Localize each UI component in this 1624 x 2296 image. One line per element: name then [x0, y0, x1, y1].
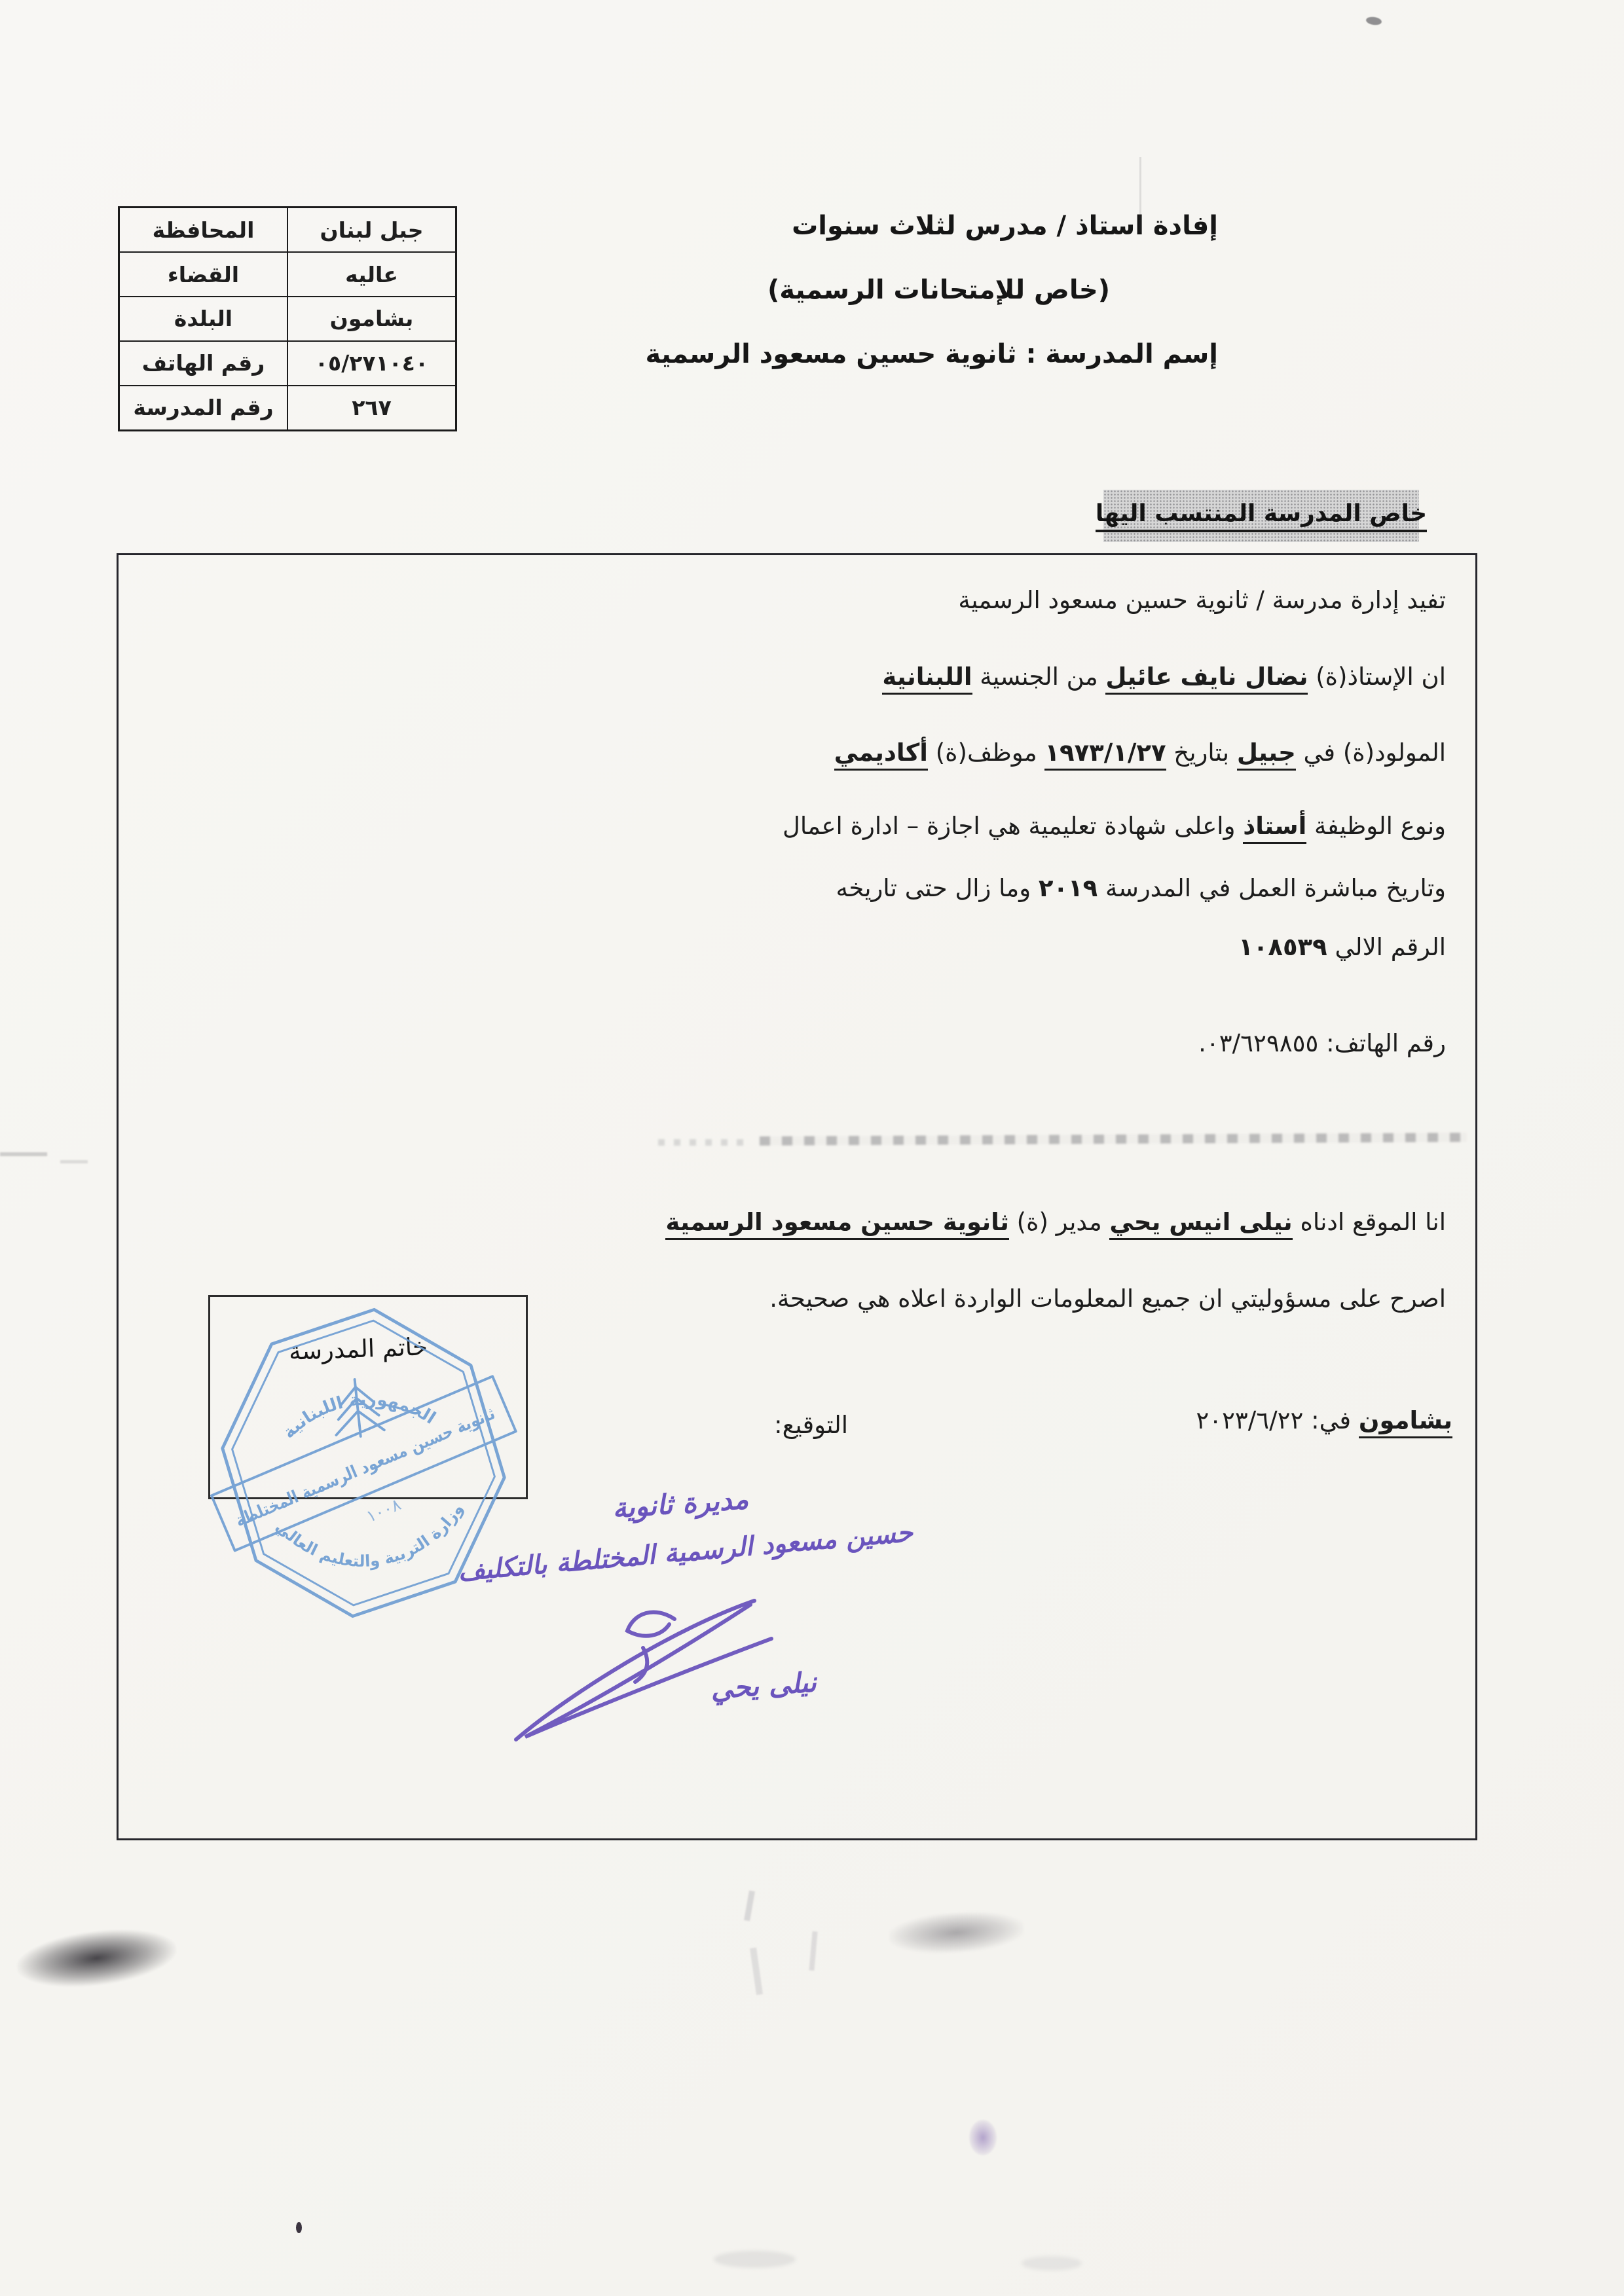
section-title-bar: خاص المدرسة المنتسب اليها — [1103, 490, 1419, 542]
school-number-label: رقم المدرسة — [119, 386, 288, 431]
birth-line: المولود(ة) في جبيل بتاريخ ١٩٧٣/١/٢٧ موظف… — [834, 738, 1446, 767]
table-row: ٠٥/٢٧١٠٤٠ رقم الهاتف — [119, 341, 456, 386]
text-run: ونوع الوظيفة — [1306, 812, 1446, 840]
text-run: وما زال حتى تاريخه — [836, 874, 1039, 902]
director-name: نيلى انيس يحي — [1109, 1208, 1292, 1240]
text-run: اصرح على مسؤوليتي ان جميع المعلومات الوا… — [769, 1285, 1446, 1313]
text-run: المولود(ة) في — [1296, 738, 1446, 767]
table-row: جبل لبنان المحافظة — [119, 208, 456, 253]
ink-smudge-dark — [14, 1922, 179, 1994]
employee-type: أكاديمي — [834, 738, 928, 771]
fold-mark — [0, 1152, 47, 1156]
signature-label: التوقيع: — [774, 1411, 848, 1439]
stamp-number: ١٠٠٨ — [363, 1495, 403, 1526]
text-run: موظف(ة) — [928, 738, 1044, 767]
declaration-line: انا الموقع ادناه نيلى انيس يحي مدير (ة) … — [665, 1208, 1446, 1236]
date-place: بشامون — [1359, 1406, 1452, 1438]
text-run: ان الإستاذ(ة) — [1308, 663, 1446, 691]
text-run: واعلى شهادة تعليمية هي اجازة – ادارة اعم… — [783, 812, 1243, 840]
job-title: أستاذ — [1243, 812, 1306, 844]
table-row: ٢٦٧ رقم المدرسة — [119, 386, 456, 431]
ink-smudge-gray — [888, 1908, 1025, 1957]
job-line: ونوع الوظيفة أستاذ واعلى شهادة تعليمية ه… — [783, 812, 1446, 840]
fold-mark — [60, 1160, 88, 1163]
bottom-smudge — [714, 2251, 796, 2268]
serial-number-line: الرقم الالي ١٠٨٥٣٩ — [1238, 933, 1446, 961]
birth-place: جبيل — [1237, 738, 1296, 771]
ghost-mark — [750, 1948, 763, 1995]
doc-subtitle: (خاص للإمتحانات الرسمية) — [767, 275, 1110, 305]
text-run: بتاريخ — [1166, 738, 1237, 767]
text-run: في: — [1303, 1406, 1359, 1434]
date-line: بشامون في: ٢٠٢٣/٦/٢٢ — [1196, 1406, 1452, 1434]
phone-label: رقم الهاتف — [119, 341, 288, 386]
text-run: مدير (ة) — [1009, 1208, 1110, 1236]
start-work-line: وتاريخ مباشرة العمل في المدرسة ٢٠١٩ وما … — [836, 874, 1447, 902]
text-run: الرقم الالي — [1327, 933, 1446, 961]
teacher-name-line: ان الإستاذ(ة) نضال نايف عائيل من الجنسية… — [882, 663, 1446, 691]
text-run: انا الموقع ادناه — [1293, 1208, 1446, 1236]
doc-title: إفادة استاذ / مدرس لثلاث سنوات — [792, 211, 1218, 241]
district-value: عاليه — [287, 252, 456, 297]
ink-blob-purple — [969, 2120, 997, 2155]
nationality: اللبنانية — [882, 663, 972, 695]
body-intro-line: تفيد إدارة مدرسة / ثانوية حسين مسعود الر… — [958, 586, 1446, 614]
teacher-name: نضال نايف عائيل — [1105, 663, 1308, 695]
governorate-value: جبل لبنان — [287, 208, 456, 253]
phone-value: ٠٥/٢٧١٠٤٠ — [287, 341, 456, 386]
school-info-table: جبل لبنان المحافظة عاليه القضاء بشامون ا… — [118, 206, 457, 431]
ghost-mark — [744, 1891, 755, 1922]
town-label: البلدة — [119, 297, 288, 341]
town-value: بشامون — [287, 297, 456, 341]
school-number-value: ٢٦٧ — [287, 386, 456, 431]
responsibility-line: اصرح على مسؤوليتي ان جميع المعلومات الوا… — [769, 1285, 1446, 1313]
section-title: خاص المدرسة المنتسب اليها — [1096, 500, 1427, 532]
table-row: بشامون البلدة — [119, 297, 456, 341]
table-row: عاليه القضاء — [119, 252, 456, 297]
phone-line: رقم الهاتف: ٠٣/٦٢٩٨٥٥. — [1198, 1029, 1446, 1057]
text-run: وتاريخ مباشرة العمل في المدرسة — [1098, 874, 1446, 902]
start-year: ٢٠١٩ — [1039, 874, 1098, 902]
ink-speck — [1365, 16, 1382, 26]
ink-speck — [296, 2222, 302, 2233]
bottom-smudge — [1022, 2256, 1082, 2270]
text-run: التوقيع: — [774, 1411, 848, 1439]
ghost-mark — [809, 1931, 817, 1971]
text-run: رقم الهاتف: ٠٣/٦٢٩٨٥٥. — [1198, 1029, 1446, 1057]
district-label: القضاء — [119, 252, 288, 297]
school-name-line: إسم المدرسة : ثانوية حسين مسعود الرسمية — [645, 339, 1218, 369]
birth-date: ١٩٧٣/١/٢٧ — [1044, 738, 1166, 771]
serial-number: ١٠٨٥٣٩ — [1238, 933, 1327, 961]
text-run: من الجنسية — [972, 663, 1106, 691]
school-name: ثانوية حسين مسعود الرسمية — [665, 1208, 1009, 1240]
date-value: ٢٠٢٣/٦/٢٢ — [1196, 1406, 1303, 1434]
governorate-label: المحافظة — [119, 208, 288, 253]
text-run: تفيد إدارة مدرسة / ثانوية حسين مسعود الر… — [958, 586, 1446, 614]
scanned-document-page: جبل لبنان المحافظة عاليه القضاء بشامون ا… — [0, 0, 1624, 2296]
